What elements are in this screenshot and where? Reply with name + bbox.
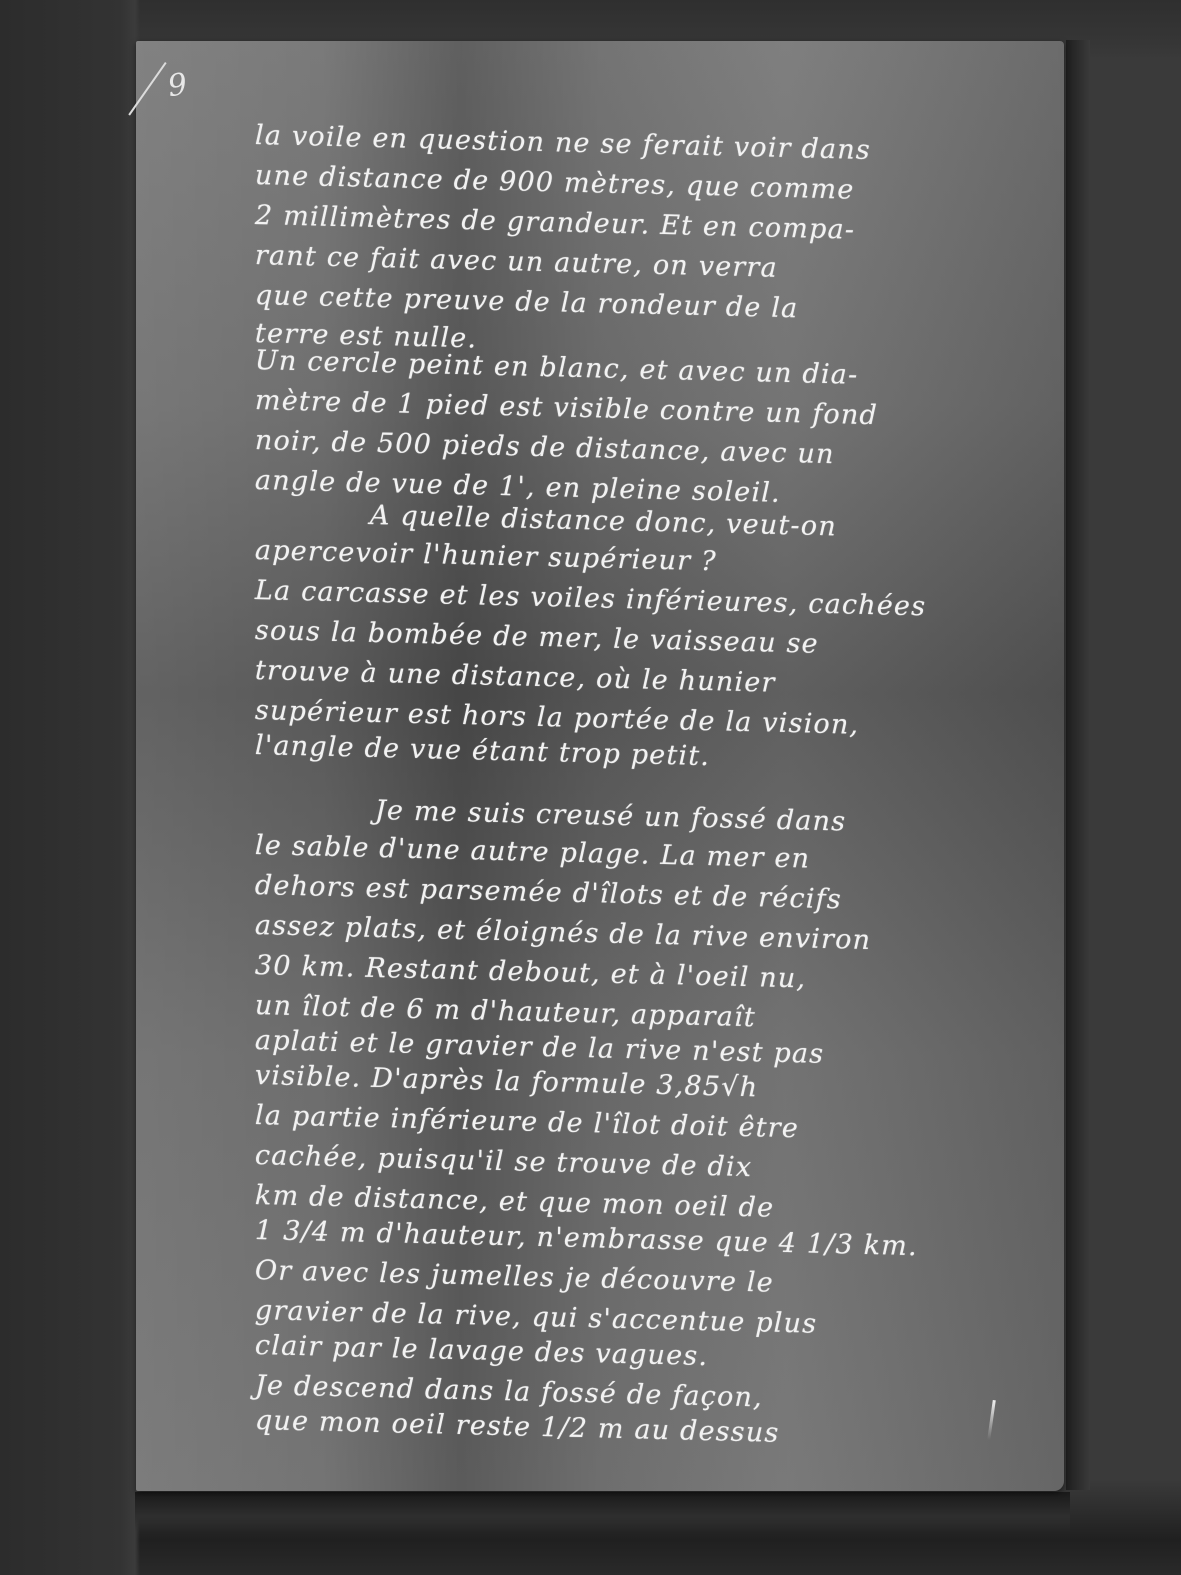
- page-bottom-shadow: [135, 1492, 1070, 1532]
- page-edge-shadow: [1066, 40, 1090, 1490]
